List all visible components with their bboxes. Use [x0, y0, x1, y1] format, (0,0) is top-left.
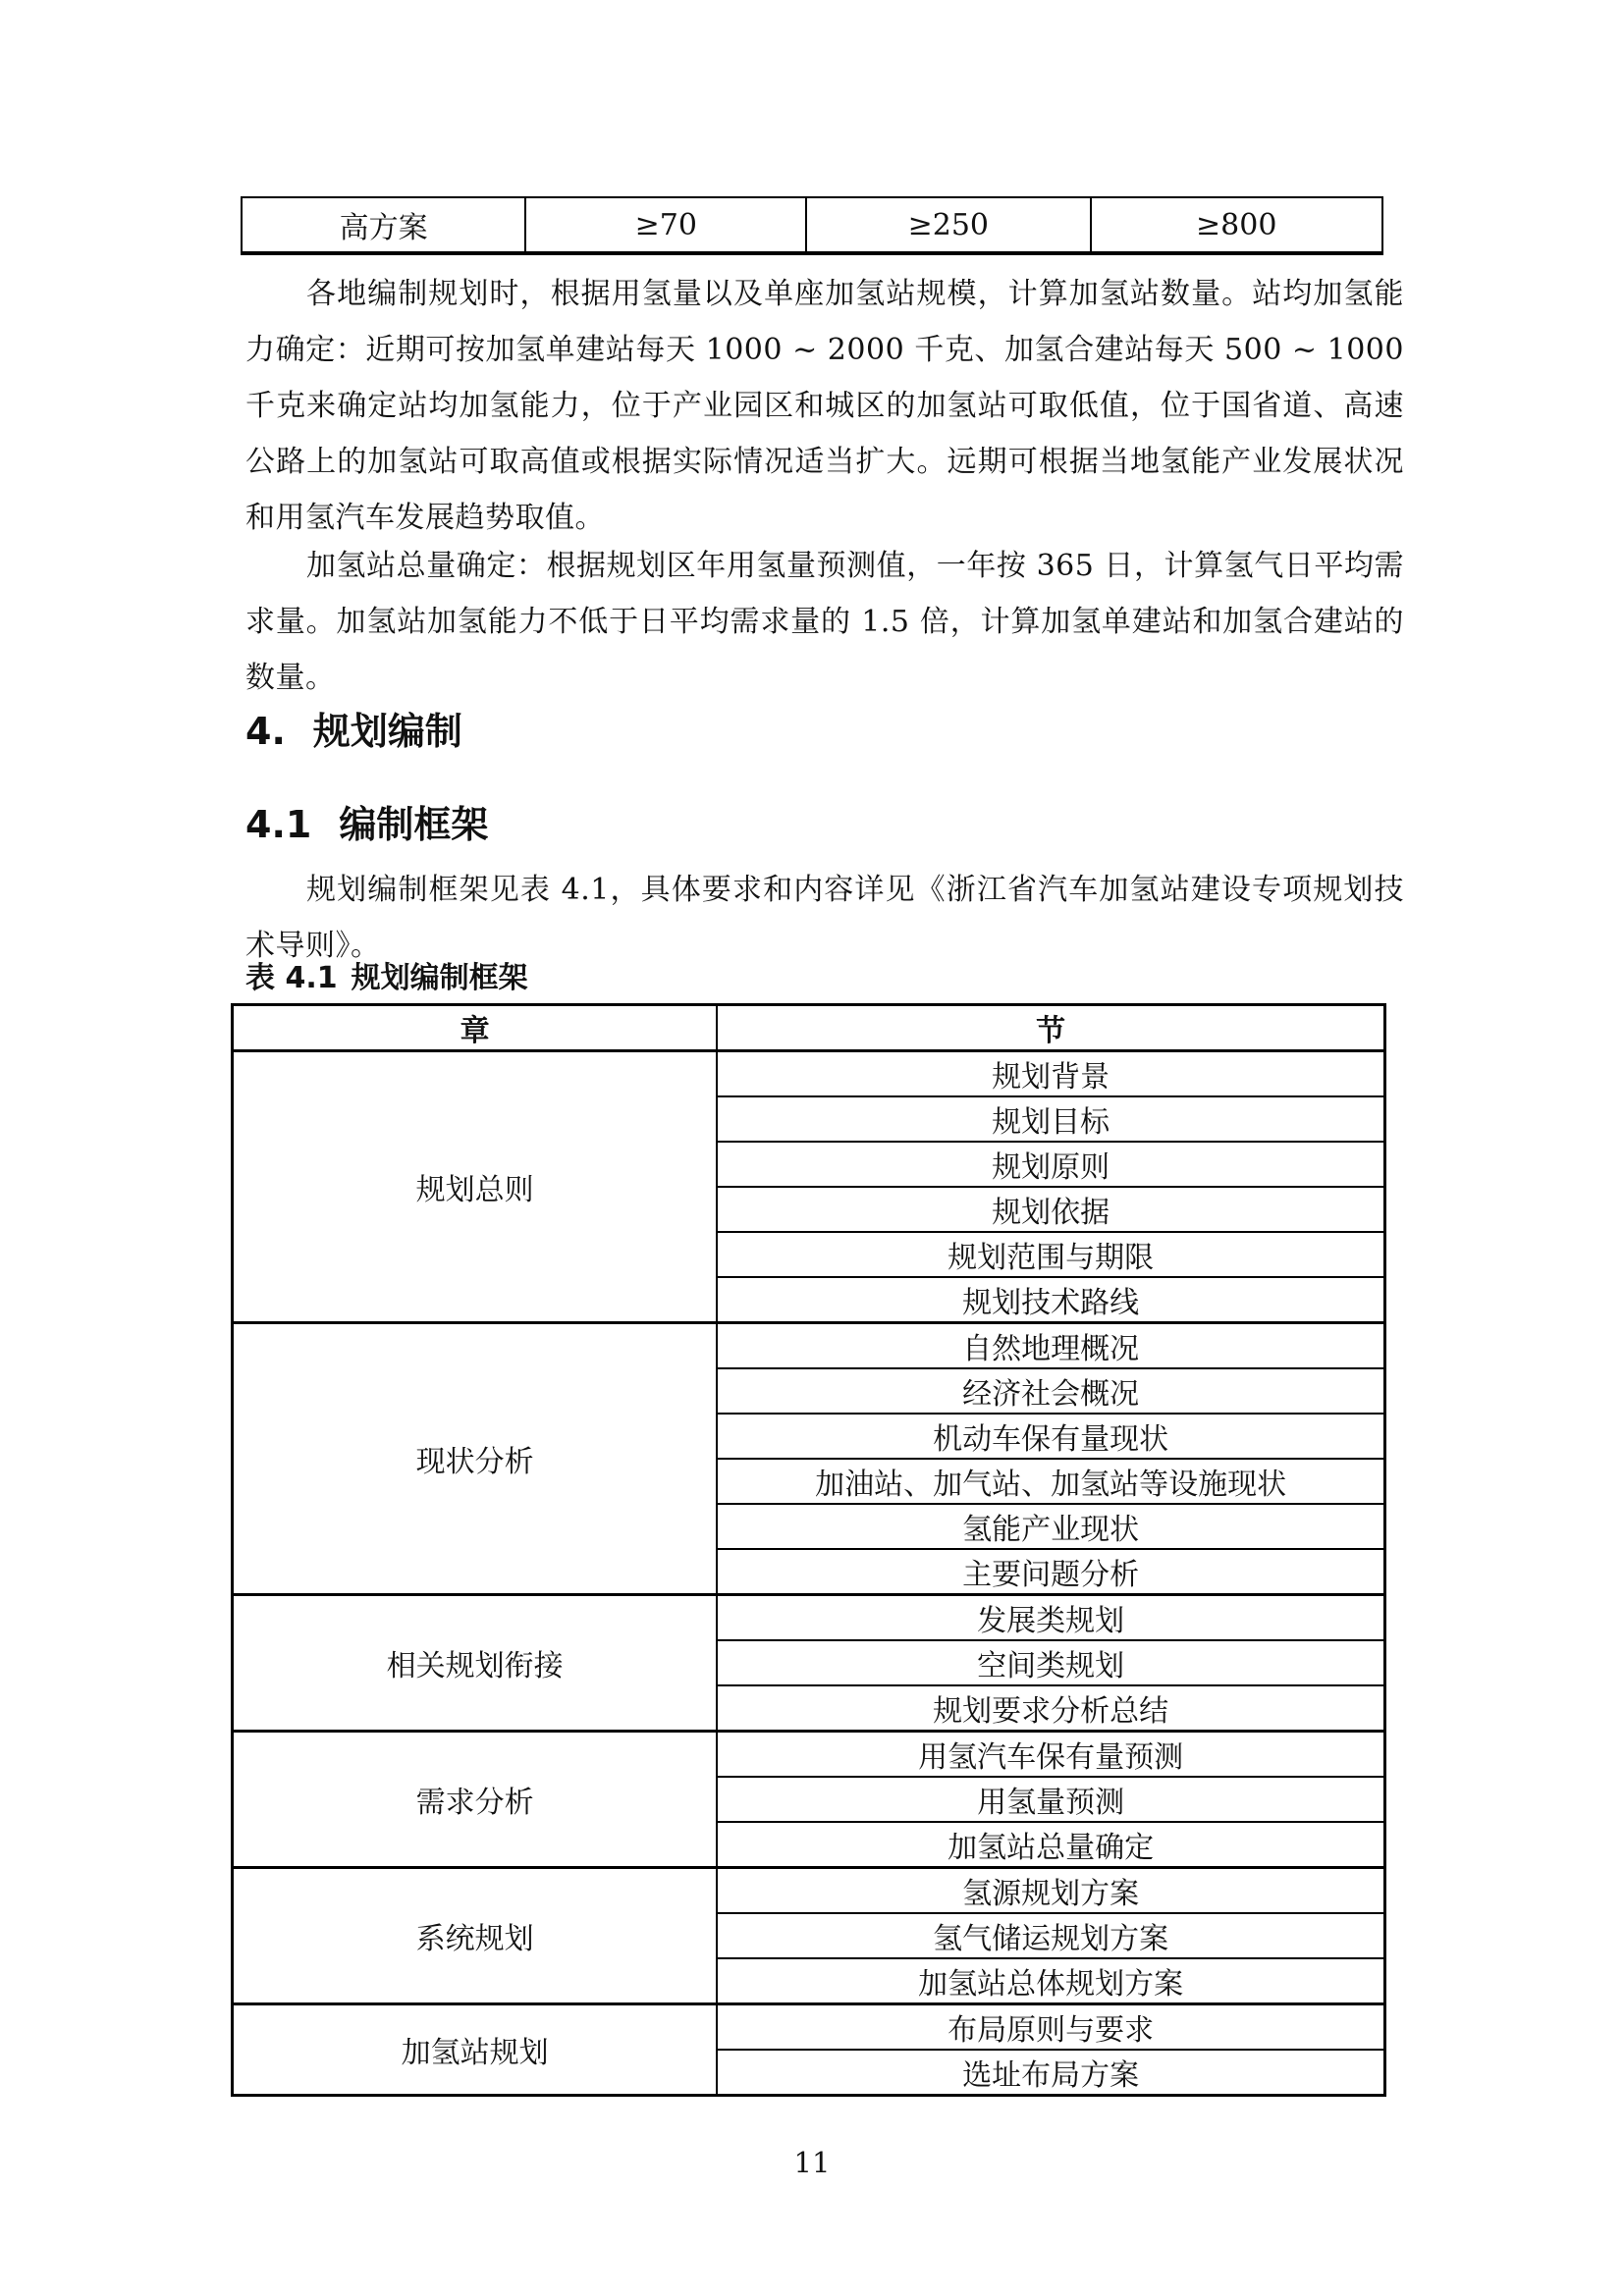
table-cell-value-2: ≥250 [806, 197, 1090, 253]
table-caption: 表 4.1规划编制框架 [245, 959, 528, 998]
section-cell: 经济社会概况 [717, 1368, 1384, 1414]
section-cell: 选址布局方案 [717, 2050, 1384, 2096]
paragraph-station-capacity: 各地编制规划时，根据用氢量以及单座加氢站规模，计算加氢站数量。站均加氢能力确定：… [245, 266, 1404, 546]
section-cell: 规划技术路线 [717, 1277, 1384, 1323]
framework-table-body: 规划总则规划背景规划目标规划原则规划依据规划范围与期限规划技术路线现状分析自然地… [233, 1051, 1385, 2096]
subsection-title: 编制框架 [339, 803, 488, 846]
section-cell: 规划背景 [717, 1051, 1384, 1097]
subsection-heading-4-1: 4.1编制框架 [245, 800, 488, 849]
section-cell: 规划范围与期限 [717, 1232, 1384, 1277]
section-heading-4: 4.规划编制 [245, 707, 462, 756]
header-cell-section: 节 [717, 1005, 1384, 1051]
section-cell: 氢源规划方案 [717, 1868, 1384, 1914]
chapter-cell: 相关规划衔接 [233, 1595, 718, 1732]
table-row: 高方案 ≥70 ≥250 ≥800 [242, 197, 1382, 253]
paragraph-total-stations: 加氢站总量确定：根据规划区年用氢量预测值，一年按 365 日，计算氢气日平均需求… [245, 538, 1404, 706]
section-cell: 规划要求分析总结 [717, 1685, 1384, 1732]
section-cell: 机动车保有量现状 [717, 1414, 1384, 1459]
continued-table: 高方案 ≥70 ≥250 ≥800 [241, 196, 1383, 255]
document-page: 高方案 ≥70 ≥250 ≥800 各地编制规划时，根据用氢量以及单座加氢站规模… [0, 0, 1624, 2296]
table-row: 系统规划氢源规划方案 [233, 1868, 1385, 1914]
table-row: 需求分析用氢汽车保有量预测 [233, 1732, 1385, 1778]
table-cell-value-3: ≥800 [1091, 197, 1383, 253]
section-cell: 空间类规划 [717, 1640, 1384, 1685]
chapter-cell: 加氢站规划 [233, 2004, 718, 2096]
paragraph-framework-intro: 规划编制框架见表 4.1，具体要求和内容详见《浙江省汽车加氢站建设专项规划技术导… [245, 862, 1404, 974]
section-cell: 用氢汽车保有量预测 [717, 1732, 1384, 1778]
table-row: 相关规划衔接发展类规划 [233, 1595, 1385, 1641]
section-cell: 规划目标 [717, 1096, 1384, 1142]
table-row: 加氢站规划布局原则与要求 [233, 2004, 1385, 2051]
section-cell: 氢气储运规划方案 [717, 1913, 1384, 1958]
section-cell: 发展类规划 [717, 1595, 1384, 1641]
chapter-cell: 规划总则 [233, 1051, 718, 1323]
table-caption-number: 表 4.1 [245, 961, 338, 995]
section-cell: 规划依据 [717, 1187, 1384, 1232]
table-cell-value-1: ≥70 [525, 197, 806, 253]
framework-table: 章 节 规划总则规划背景规划目标规划原则规划依据规划范围与期限规划技术路线现状分… [231, 1003, 1386, 2097]
table-header-row: 章 节 [233, 1005, 1385, 1051]
section-cell: 加氢站总体规划方案 [717, 1958, 1384, 2004]
chapter-cell: 需求分析 [233, 1732, 718, 1868]
table-caption-text: 规划编制框架 [352, 961, 528, 995]
table-row: 规划总则规划背景 [233, 1051, 1385, 1097]
table-cell-scheme: 高方案 [242, 197, 525, 253]
section-cell: 加油站、加气站、加氢站等设施现状 [717, 1459, 1384, 1504]
section-cell: 加氢站总量确定 [717, 1822, 1384, 1868]
subsection-number: 4.1 [245, 803, 311, 846]
chapter-cell: 系统规划 [233, 1868, 718, 2004]
table-row: 现状分析自然地理概况 [233, 1323, 1385, 1369]
section-cell: 氢能产业现状 [717, 1504, 1384, 1549]
page-number: 11 [0, 2146, 1624, 2179]
section-cell: 自然地理概况 [717, 1323, 1384, 1369]
chapter-cell: 现状分析 [233, 1323, 718, 1595]
section-cell: 布局原则与要求 [717, 2004, 1384, 2051]
section-cell: 主要问题分析 [717, 1549, 1384, 1595]
section-cell: 用氢量预测 [717, 1777, 1384, 1822]
section-number: 4. [245, 710, 286, 753]
header-cell-chapter: 章 [233, 1005, 718, 1051]
section-title: 规划编制 [313, 710, 462, 753]
section-cell: 规划原则 [717, 1142, 1384, 1187]
